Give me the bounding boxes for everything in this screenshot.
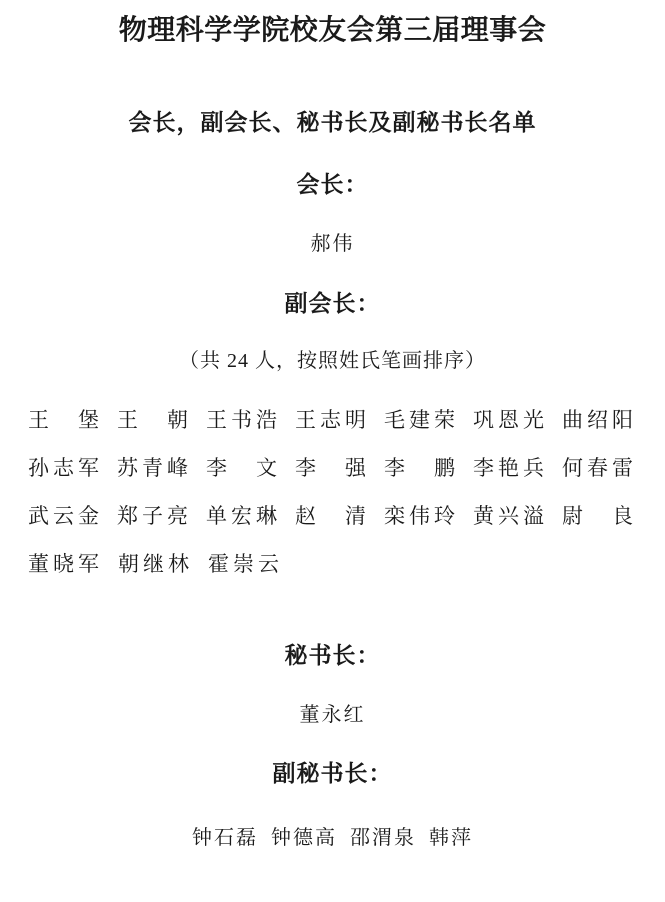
secretary-general-name: 董永红 bbox=[28, 705, 637, 725]
member-name: 黄兴溢 bbox=[473, 505, 548, 527]
member-name: 郑子亮 bbox=[117, 505, 192, 527]
vice-president-row: 王 堡王 朝王书浩王志明毛建荣巩恩光曲绍阳 bbox=[28, 409, 637, 431]
member-name: 何春雷 bbox=[562, 457, 637, 479]
member-name: 王 朝 bbox=[117, 409, 192, 431]
member-name: 孙志军 bbox=[28, 457, 103, 479]
member-name: 尉 良 bbox=[562, 505, 637, 527]
member-name: 李 文 bbox=[206, 457, 281, 479]
vice-presidents-grid: 王 堡王 朝王书浩王志明毛建荣巩恩光曲绍阳孙志军苏青峰李 文李 强李 鹏李艳兵何… bbox=[28, 409, 637, 575]
member-name: 巩恩光 bbox=[473, 409, 548, 431]
president-heading: 会长： bbox=[28, 172, 637, 196]
member-name: 钟德高 bbox=[271, 828, 337, 848]
page-subtitle: 会长，副会长、秘书长及副秘书长名单 bbox=[28, 110, 637, 134]
member-name: 邵渭泉 bbox=[350, 828, 416, 848]
member-name: 霍崇云 bbox=[208, 553, 283, 575]
page-title: 物理科学学院校友会第三届理事会 bbox=[28, 16, 637, 44]
vice-president-row: 武云金郑子亮单宏琳赵 清栾伟玲黄兴溢尉 良 bbox=[28, 505, 637, 527]
member-name: 李 强 bbox=[295, 457, 370, 479]
member-name: 李艳兵 bbox=[473, 457, 548, 479]
vice-presidents-heading: 副会长： bbox=[28, 291, 637, 315]
member-name: 董晓军 bbox=[28, 553, 103, 575]
secretary-general-heading: 秘书长： bbox=[28, 643, 637, 667]
member-name: 王 堡 bbox=[28, 409, 103, 431]
member-name: 李 鹏 bbox=[384, 457, 459, 479]
document-page: 物理科学学院校友会第三届理事会 会长，副会长、秘书长及副秘书长名单 会长： 郝伟… bbox=[0, 0, 665, 902]
president-name: 郝伟 bbox=[28, 234, 637, 254]
member-name: 王志明 bbox=[295, 409, 370, 431]
member-name: 朝继林 bbox=[118, 553, 193, 575]
deputy-secretaries-names: 钟石磊钟德高邵渭泉韩萍 bbox=[28, 828, 637, 848]
vice-president-row: 孙志军苏青峰李 文李 强李 鹏李艳兵何春雷 bbox=[28, 457, 637, 479]
member-name: 毛建荣 bbox=[384, 409, 459, 431]
deputy-secretaries-heading: 副秘书长： bbox=[28, 761, 637, 785]
member-name: 栾伟玲 bbox=[384, 505, 459, 527]
member-name: 武云金 bbox=[28, 505, 103, 527]
member-name: 单宏琳 bbox=[206, 505, 281, 527]
member-name: 苏青峰 bbox=[117, 457, 192, 479]
member-name: 王书浩 bbox=[206, 409, 281, 431]
vice-presidents-note: （共 24 人，按照姓氏笔画排序） bbox=[28, 351, 637, 371]
vice-president-row: 董晓军朝继林霍崇云 bbox=[28, 553, 637, 575]
member-name: 曲绍阳 bbox=[562, 409, 637, 431]
member-name: 钟石磊 bbox=[192, 828, 258, 848]
member-name: 韩萍 bbox=[429, 828, 473, 848]
member-name: 赵 清 bbox=[295, 505, 370, 527]
